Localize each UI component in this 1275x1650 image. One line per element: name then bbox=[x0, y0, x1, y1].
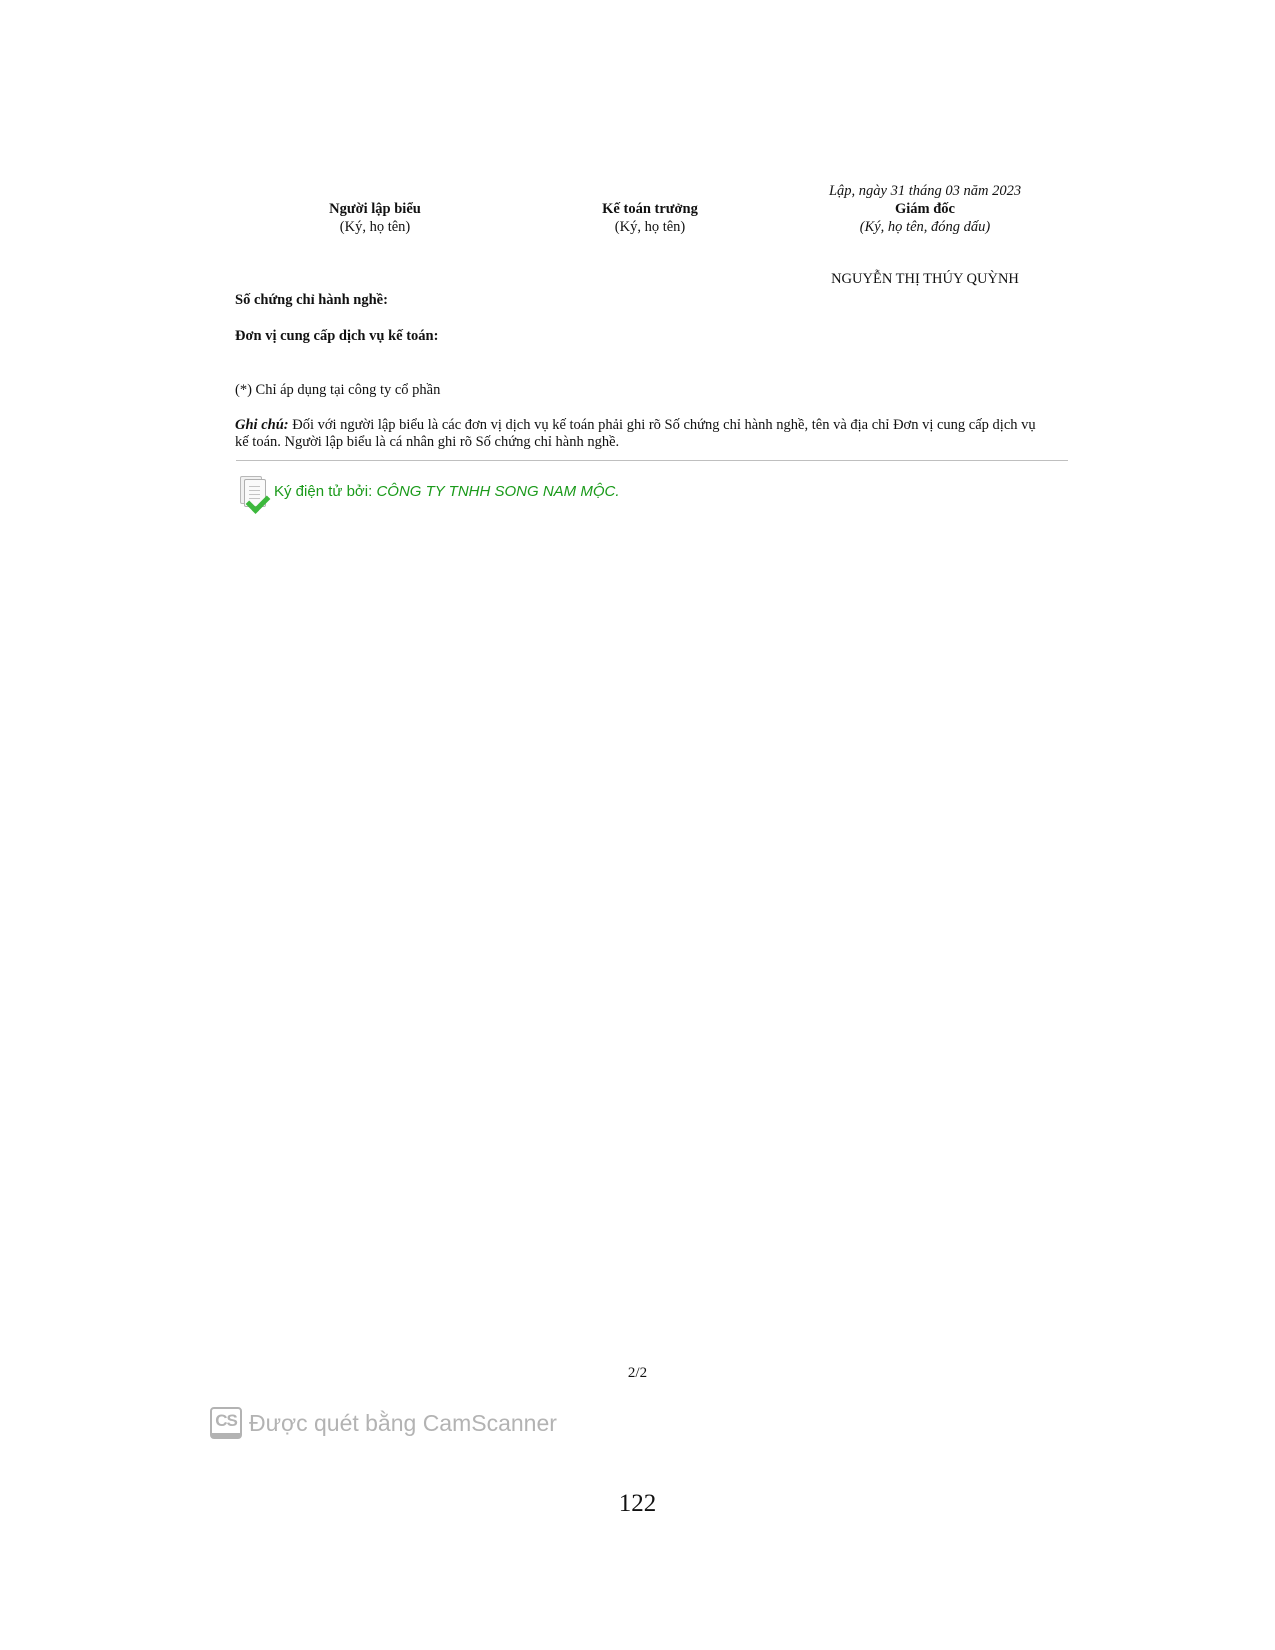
director-sign-note: (Ký, họ tên, đóng dấu) bbox=[805, 218, 1045, 236]
preparer-signature-block: Người lập biểu (Ký, họ tên) bbox=[290, 200, 460, 236]
e-signature: Ký điện tử bởi: CÔNG TY TNHH SONG NAM MỘ… bbox=[238, 474, 620, 508]
page-number: 122 bbox=[0, 1490, 1275, 1518]
note-text-line1: Đối với người lập biểu là các đơn vị dịc… bbox=[289, 417, 1036, 433]
director-title: Giám đốc bbox=[805, 200, 1045, 218]
note-text-line2: kế toán. Người lập biểu là cá nhân ghi r… bbox=[235, 434, 1075, 451]
divider bbox=[236, 460, 1068, 461]
note-label: Ghi chú: bbox=[235, 417, 289, 433]
director-name: NGUYỄN THỊ THÚY QUỲNH bbox=[805, 270, 1045, 288]
preparer-title: Người lập biểu bbox=[290, 200, 460, 218]
e-signature-signer: CÔNG TY TNHH SONG NAM MỘC. bbox=[376, 483, 619, 500]
date-line: Lập, ngày 31 tháng 03 năm 2023 bbox=[805, 182, 1045, 200]
certificate-number-label: Số chứng chỉ hành nghề: bbox=[235, 292, 388, 309]
camscanner-watermark: CS Được quét bằng CamScanner bbox=[210, 1407, 557, 1439]
chief-accountant-signature-block: Kế toán trưởng (Ký, họ tên) bbox=[560, 200, 740, 236]
accounting-service-provider-label: Đơn vị cung cấp dịch vụ kế toán: bbox=[235, 328, 438, 345]
camscanner-logo-icon: CS bbox=[210, 1407, 242, 1439]
note-block: Ghi chú: Đối với người lập biểu là các đ… bbox=[235, 417, 1075, 451]
footnote: (*) Chỉ áp dụng tại công ty cổ phần bbox=[235, 382, 440, 399]
e-signature-prefix: Ký điện tử bởi: bbox=[274, 483, 372, 500]
director-signature-block: Lập, ngày 31 tháng 03 năm 2023 Giám đốc … bbox=[805, 182, 1045, 288]
preparer-sign-note: (Ký, họ tên) bbox=[290, 218, 460, 236]
chief-accountant-title: Kế toán trưởng bbox=[560, 200, 740, 218]
camscanner-text: Được quét bằng CamScanner bbox=[249, 1410, 557, 1437]
signed-document-check-icon bbox=[238, 474, 270, 508]
chief-accountant-sign-note: (Ký, họ tên) bbox=[560, 218, 740, 236]
page-fraction: 2/2 bbox=[0, 1365, 1275, 1382]
